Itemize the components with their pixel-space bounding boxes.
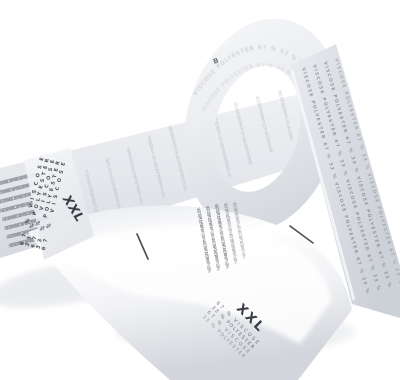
photo-canvas: VISCOSE POLYESTER 67 % 33 % VISCOSE POLY… <box>0 0 400 380</box>
clothing-care-label-photo: VISCOSE POLYESTER 67 % 33 % VISCOSE POLY… <box>0 0 400 380</box>
